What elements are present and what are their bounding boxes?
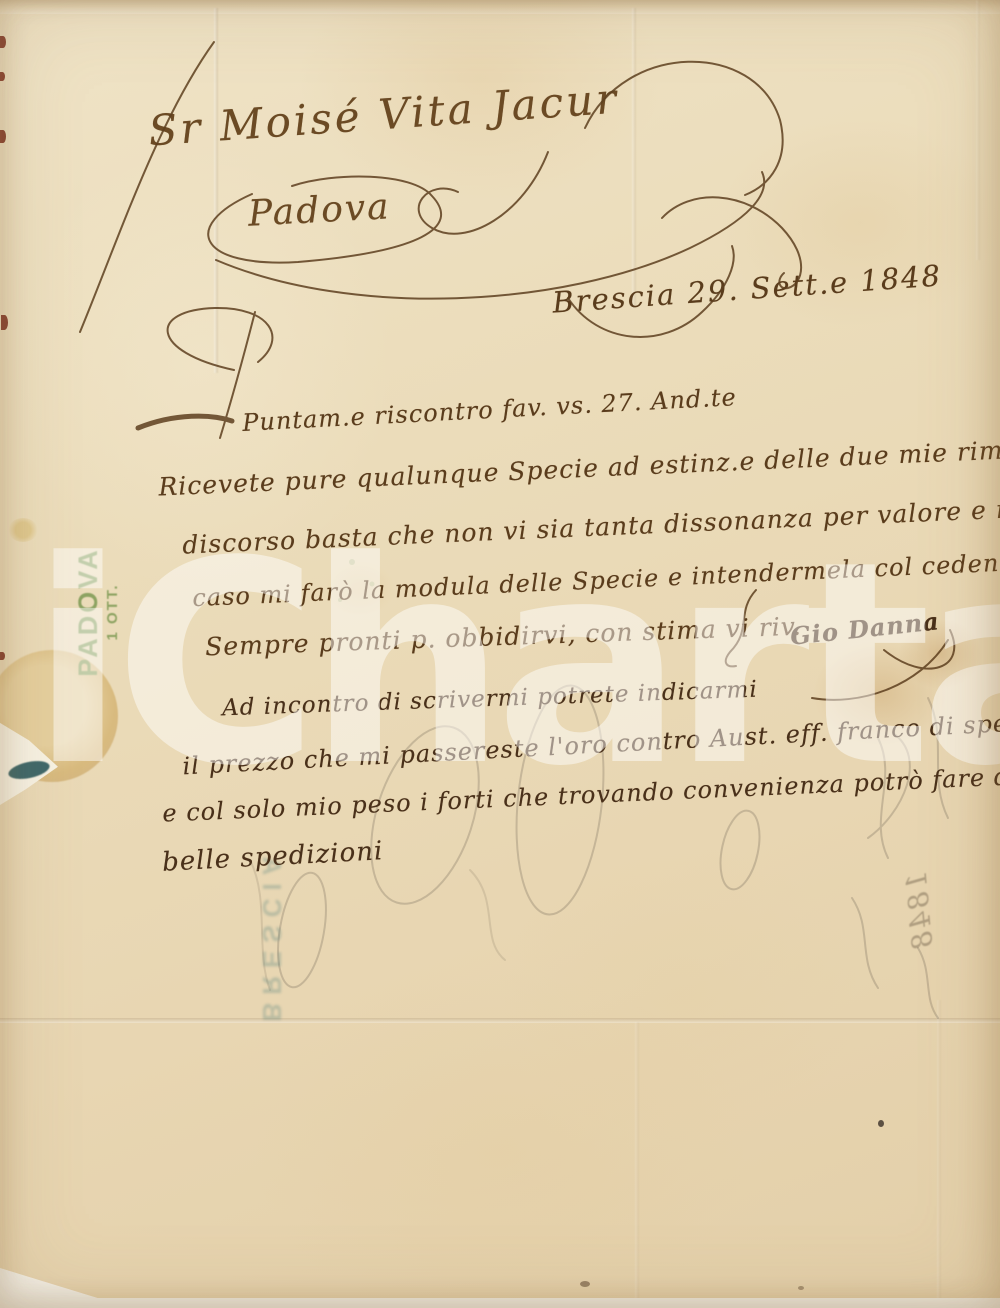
- recipient-city: Padova: [247, 186, 392, 234]
- edge-speck: [0, 130, 6, 143]
- arrival-postmark: PADOVA 1 OTT.: [60, 533, 134, 691]
- scan-edge: [0, 1298, 1000, 1308]
- postmark-city: PADOVA: [73, 547, 104, 677]
- small-stain: [8, 518, 38, 542]
- paper-speck: [878, 1120, 884, 1127]
- edge-speck: [1, 315, 8, 330]
- paper-background: [0, 0, 1000, 1308]
- edge-speck: [0, 36, 6, 48]
- edge-speck: [0, 652, 5, 660]
- paper-speck: [580, 1281, 590, 1287]
- edge-speck: [0, 72, 5, 81]
- postmark-date: 1 OTT.: [104, 584, 121, 641]
- bleedthrough-year: 1848: [900, 871, 940, 953]
- paper-speck: [798, 1286, 804, 1290]
- letter-scan: PADOVA 1 OTT. BRESCIA 1848 Sr Moisé Vita…: [0, 0, 1000, 1308]
